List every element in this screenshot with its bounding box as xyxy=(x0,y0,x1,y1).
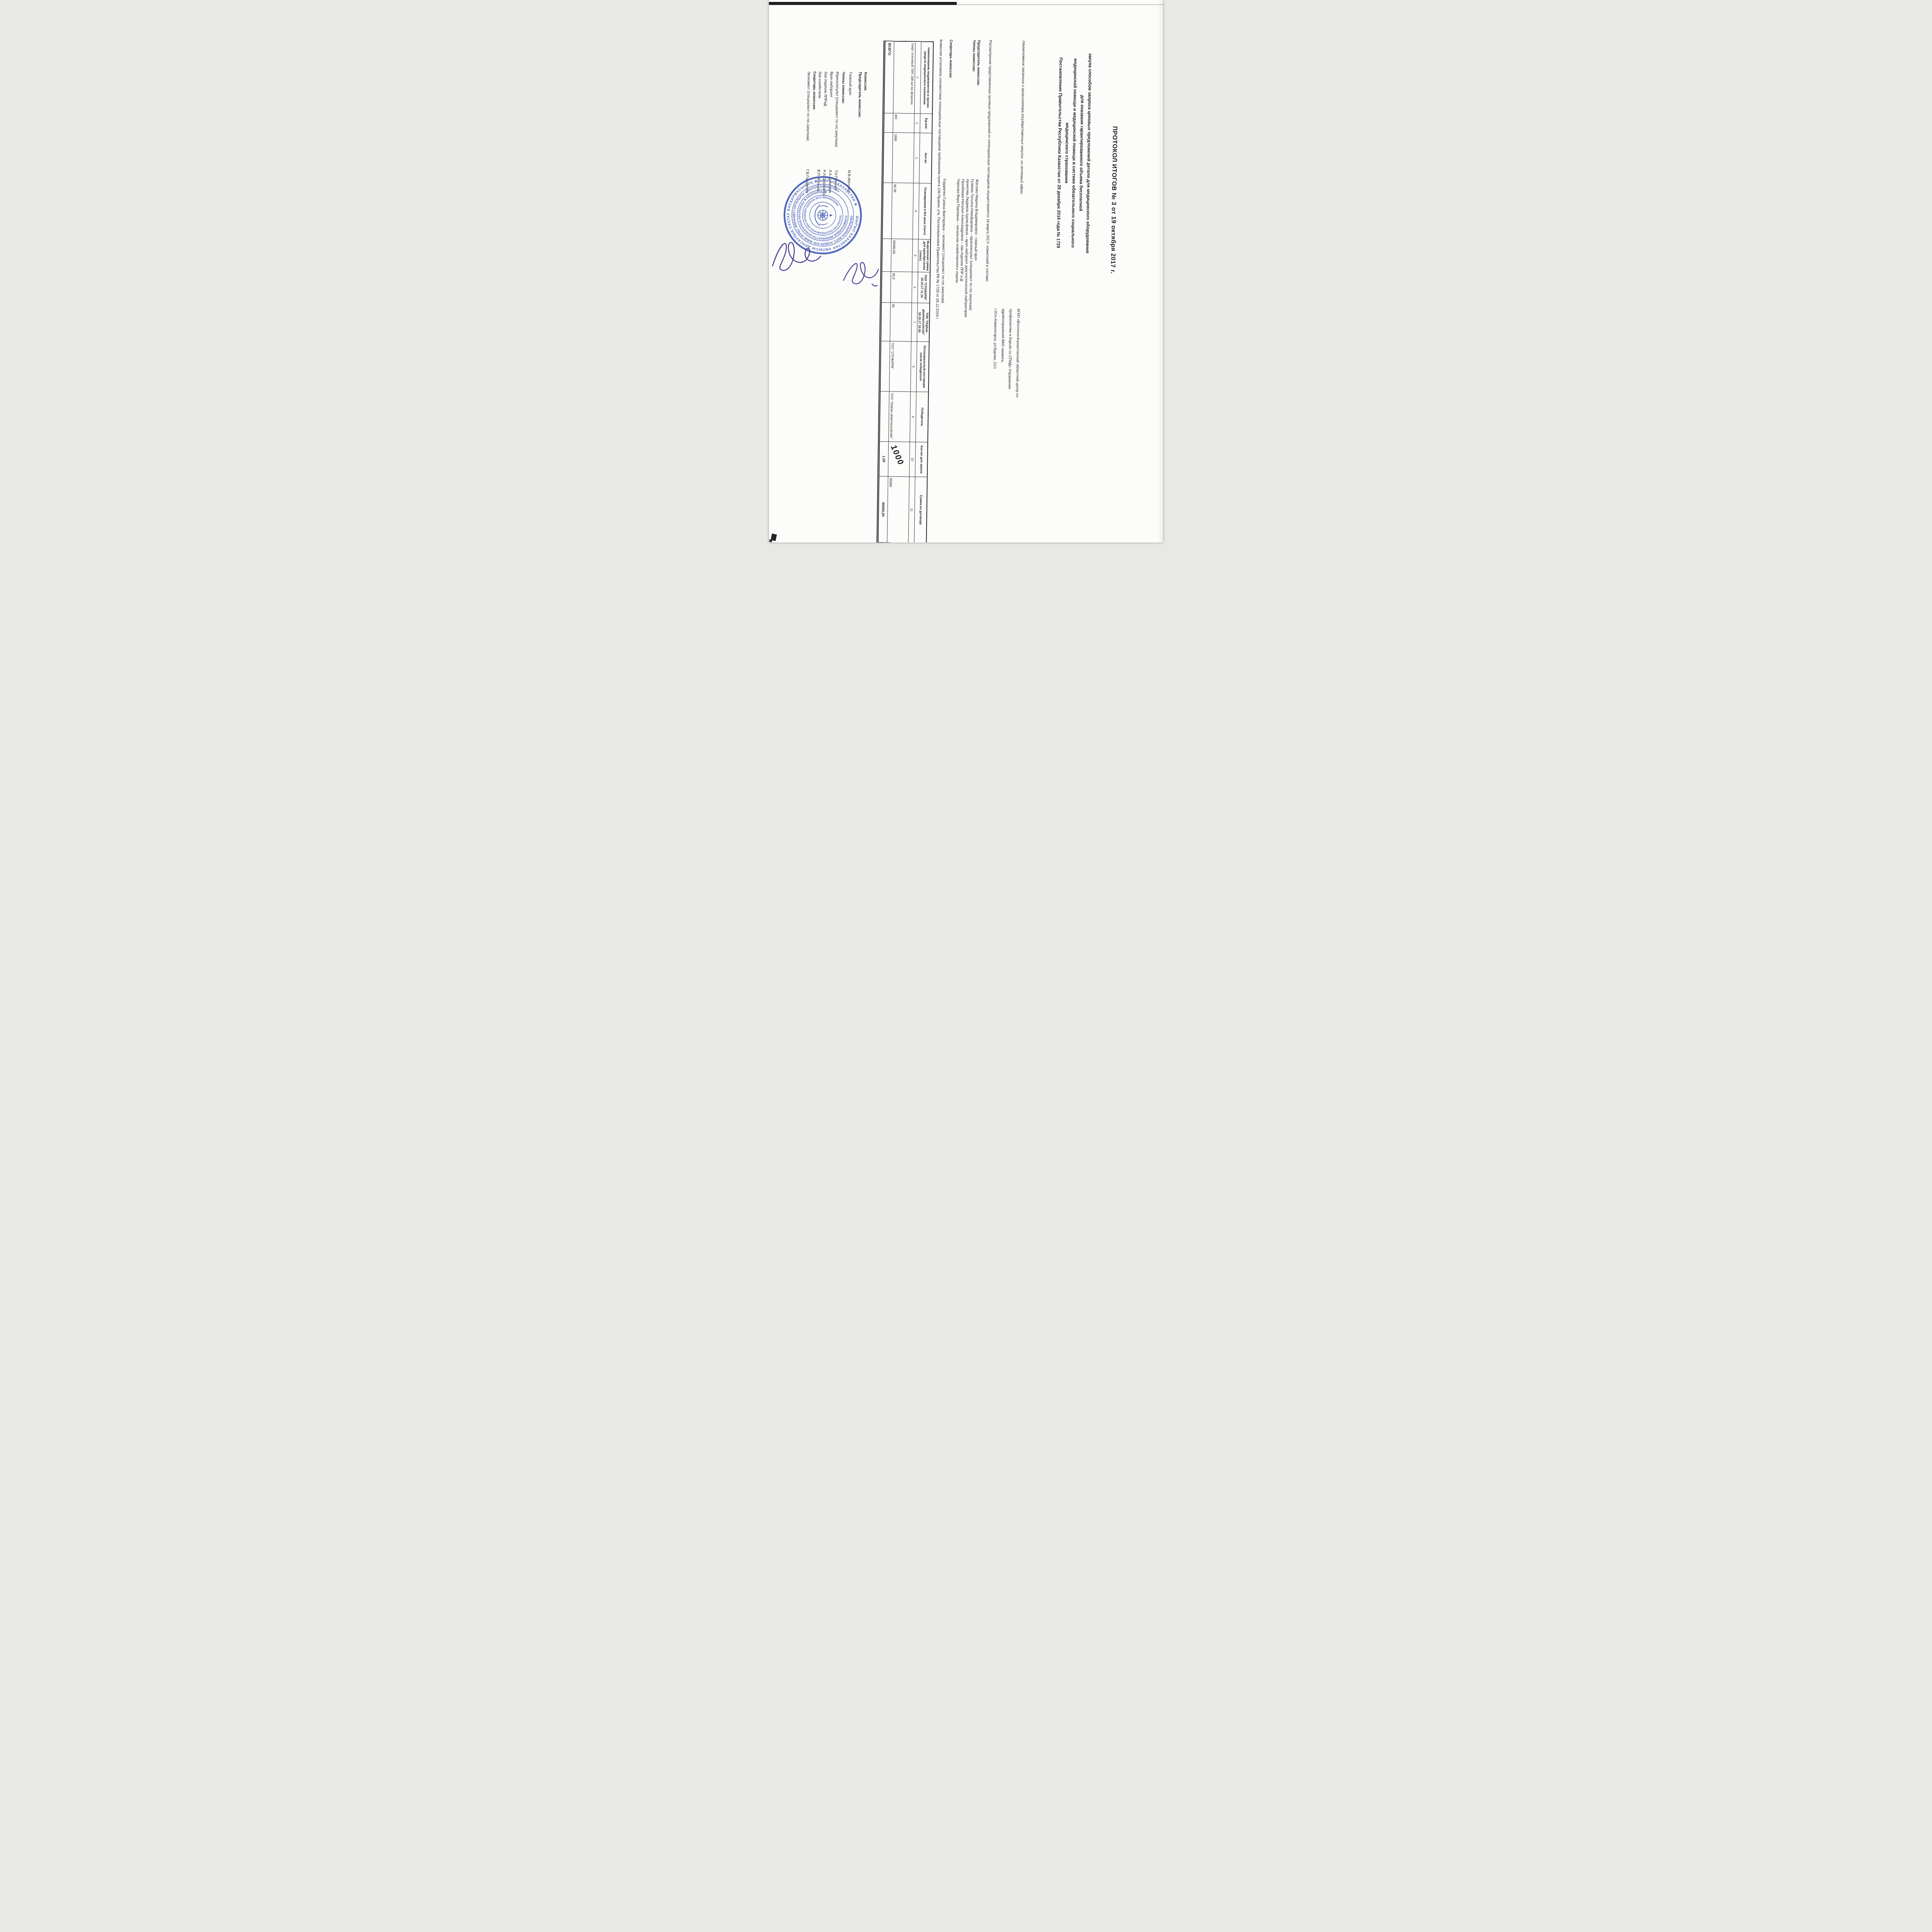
total-qty-cell: 1,00 xyxy=(879,442,888,476)
document-subtitle: закупа способом запроса ценовых предложе… xyxy=(1053,4,1094,302)
protocol-document: ПРОТОКОЛ ИТОГОВ № 3 от 19 октября 2017 г… xyxy=(769,0,1163,543)
table-data-cell: ТОО "Orphan pharmaceuticals" xyxy=(888,391,910,442)
handwritten-signature xyxy=(769,233,827,280)
table-header-cell: ТОО "Orphan pharmaceuticals" 18.10.17 10… xyxy=(917,303,929,342)
table-data-cell: 95,5 xyxy=(890,272,912,303)
table-header-cell: ТОО "СТОФАРМ" 18.10.17 11.10 xyxy=(917,272,930,303)
results-table: Наименование медикаментов и прочих средс… xyxy=(876,41,934,543)
secretary-label: Секретарь комиссии: xyxy=(948,40,953,79)
commission-label: Комиссия: xyxy=(863,72,868,91)
table-header-cell: Победитель xyxy=(915,392,928,442)
scanned-page: ПРОТОКОЛ ИТОГОВ № 3 от 19 октября 2017 г… xyxy=(769,0,1163,543)
signature-block: Комиссия: Председатель комиссии: Главный… xyxy=(863,72,868,420)
members-label: Члены комиссии: xyxy=(971,40,976,72)
table-data-cell: 95580,00 xyxy=(891,239,912,272)
total-label-cell: ВСЕГО: xyxy=(884,41,894,113)
scanner-corner-artifact xyxy=(769,539,772,542)
secretary-label: Секретарь комиссии: xyxy=(812,71,816,111)
table-header-cell: Выделенная сумма для приобретения (тенге… xyxy=(918,239,930,272)
signer-role: Зав.отделом ЛПРиД xyxy=(823,71,828,106)
table-header-cell: Сумма по договору xyxy=(914,477,927,543)
column-number: 11 xyxy=(908,477,915,543)
table-header-cell: Потенциальный поставщик после победителя xyxy=(916,342,929,392)
members-label: Члены комиссии: xyxy=(841,72,845,104)
stamp-emblem-icon xyxy=(815,205,832,226)
page-title: ПРОТОКОЛ ИТОГОВ № 3 от 19 октября 2017 г… xyxy=(1107,5,1120,395)
table-header-cell: Наименование медикаментов и прочих средс… xyxy=(920,42,933,114)
consideration-line: Рассмотрение представленных ценовых пред… xyxy=(983,40,992,380)
table-header-cell: Планируемая в БЗ цена (тенге) xyxy=(918,183,931,239)
column-number: 4 xyxy=(912,183,919,239)
signer-role: Юрисконсульт (специалист по гос.закупкам… xyxy=(834,71,840,147)
table-header-cell: Кол-во xyxy=(919,133,932,183)
column-number: 3 xyxy=(913,133,920,183)
signer-role: Врач-лаборант xyxy=(829,71,834,97)
table-data-cell: 95 xyxy=(890,303,912,342)
table-data-cell: 95,58 xyxy=(891,183,913,239)
chairman-label: Председатель комиссии: xyxy=(976,40,981,86)
column-number: 7 xyxy=(911,303,917,342)
commission-list: Председатель комиссии: Жеголко Марина Вл… xyxy=(975,40,981,465)
customer-label: Наименование заказчика и организатора го… xyxy=(1019,41,1026,257)
table-data-cell: 1000 xyxy=(892,133,914,184)
table-data-cell: ТОО "СТОФАРМ" xyxy=(889,341,911,392)
column-number: 5 xyxy=(912,239,918,272)
table-data-cell: ФЛ xyxy=(893,114,914,133)
column-number: 2 xyxy=(914,114,920,133)
address-line: КГКП «Восточно-Казахстанский областной ц… xyxy=(1013,309,1022,436)
column-number: 6 xyxy=(912,272,918,303)
column-number: 1 xyxy=(914,42,921,114)
chairman-name: Жеголко Марина Владимировна - главный вр… xyxy=(974,179,979,260)
table-data-cell: спирт этиловый 70% 100 мл во флаконе xyxy=(893,42,915,114)
table-header-cell: Ед.изм xyxy=(920,114,932,133)
column-number: 10 xyxy=(909,442,915,477)
chairman-label: Председатель комиссии: xyxy=(857,72,862,118)
column-number: 8 xyxy=(910,342,917,392)
total-sum-cell: 95000,00 xyxy=(878,476,888,542)
customer-address: КГКП «Восточно-Казахстанский областной ц… xyxy=(990,308,1022,436)
signer-role: Экономист (специалист по гос.закупкам) xyxy=(806,71,811,141)
table-data-cell: 95000 xyxy=(887,476,909,543)
column-number: 9 xyxy=(910,392,916,442)
signer-role: Зав.хозяйством xyxy=(817,71,822,98)
signer-role: Главный врач xyxy=(848,72,853,95)
handwritten-signature xyxy=(839,253,882,293)
table-header-cell: Кол-во для закупа xyxy=(915,442,927,477)
